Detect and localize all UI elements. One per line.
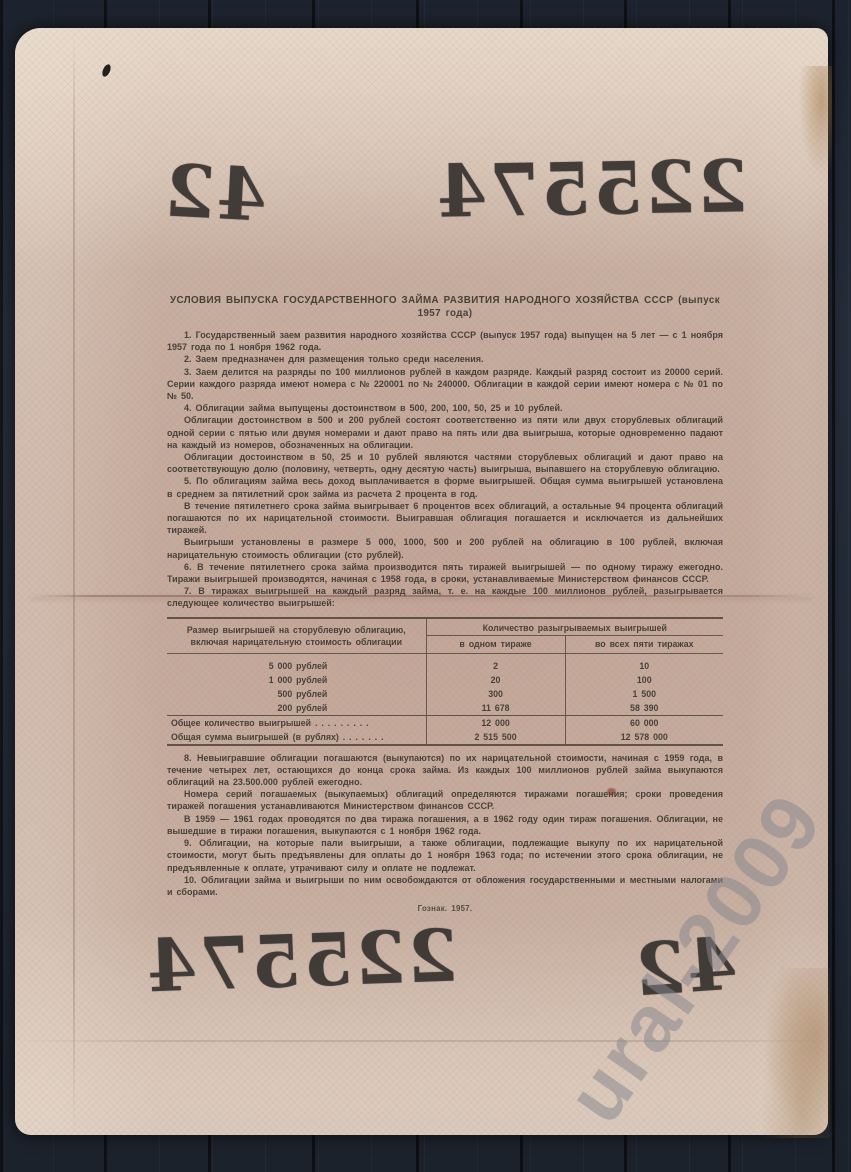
table-row-size: 500 рублей	[167, 687, 426, 701]
stain-top-right	[798, 66, 832, 178]
paragraph-5b: Выигрыши установлены в размере 5 000, 10…	[167, 536, 723, 560]
table-total-label: Общее количество выигрышей . . . . . . .…	[167, 715, 426, 730]
paragraph-6: 6. В течение пятилетнего срока займа про…	[167, 561, 723, 585]
table-row-one: 11 678	[426, 701, 565, 715]
serial-number-top-left: 42	[161, 147, 270, 237]
paragraph-7: 7. В тиражах выигрышей на каждый разряд …	[167, 585, 723, 609]
paragraph-5: 5. По облигациям займа весь доход выплач…	[167, 475, 723, 499]
serial-number-top-right: 225574	[434, 143, 748, 233]
table-header-left-line2: включая нарицательную стоимость облигаци…	[171, 636, 422, 648]
table-header-left-line1: Размер выигрышей на сторублевую облигаци…	[171, 624, 422, 636]
table-total-five: 12 578 000	[565, 730, 723, 744]
red-speck	[607, 788, 616, 795]
table-subheader-five-draws: во всех пяти тиражах	[565, 636, 723, 653]
paragraph-4a: Облигации достоинством в 500 и 200 рубле…	[167, 414, 723, 451]
serial-number-bottom-right: 42	[630, 920, 740, 1012]
table-row-five: 58 390	[565, 701, 723, 715]
table-header-left: Размер выигрышей на сторублевую облигаци…	[167, 619, 426, 653]
table-row-five: 1 500	[565, 687, 723, 701]
horizontal-fold-crease	[31, 595, 811, 597]
table-total-one: 12 000	[426, 715, 565, 730]
table-total-five: 60 000	[565, 715, 723, 730]
table-subheader-one-draw: в одном тираже	[426, 636, 565, 653]
document-title: УСЛОВИЯ ВЫПУСКА ГОСУДАРСТВЕННОГО ЗАЙМА Р…	[167, 294, 723, 320]
paragraph-8a: Номера серий погашаемых (выкупаемых) обл…	[167, 788, 723, 812]
vertical-fold-crease	[73, 28, 75, 1135]
paragraph-1: 1. Государственный заем развития народно…	[167, 329, 723, 353]
paragraph-4b: Облигации достоинством в 50, 25 и 10 руб…	[167, 451, 723, 475]
paragraph-10: 10. Облигации займа и выигрыши по ним ос…	[167, 874, 723, 898]
table-total-label: Общая сумма выигрышей (в рублях) . . . .…	[167, 730, 426, 744]
table-row-one: 2	[426, 659, 565, 673]
bottom-fold-line	[15, 1040, 828, 1042]
dark-speck	[101, 63, 113, 78]
conditions-text-block: УСЛОВИЯ ВЫПУСКА ГОСУДАРСТВЕННОГО ЗАЙМА Р…	[167, 294, 723, 915]
paragraph-5a: В течение пятилетнего срока займа выигры…	[167, 500, 723, 537]
paragraph-4: 4. Облигации займа выпущены достоинством…	[167, 402, 723, 414]
bond-paper: 42 225574 225574 42 УСЛОВИЯ ВЫПУСКА ГОСУ…	[15, 28, 828, 1135]
photo-background: 42 225574 225574 42 УСЛОВИЯ ВЫПУСКА ГОСУ…	[0, 0, 851, 1172]
paragraph-2: 2. Заем предназначен для размещения толь…	[167, 353, 723, 365]
stain-bottom-right	[760, 968, 830, 1138]
table-row-one: 20	[426, 673, 565, 687]
table-row-five: 100	[565, 673, 723, 687]
table-header-right: Количество разыгрываемых выигрышей	[426, 619, 723, 636]
paragraph-8: 8. Невыигравшие облигации погашаются (вы…	[167, 752, 723, 789]
table-row-five: 10	[565, 659, 723, 673]
table-total-one: 2 515 500	[426, 730, 565, 744]
table-row-size: 200 рублей	[167, 701, 426, 715]
prize-table: Размер выигрышей на сторублевую облигаци…	[167, 617, 723, 746]
paragraph-8b: В 1959 — 1961 годах проводятся по два ти…	[167, 813, 723, 837]
paragraph-3: 3. Заем делится на разряды по 100 миллио…	[167, 366, 723, 403]
table-row-size: 1 000 рублей	[167, 673, 426, 687]
table-row-size: 5 000 рублей	[167, 659, 426, 673]
imprint-gosznak: Гознак. 1957.	[167, 903, 723, 915]
serial-number-bottom-left: 225574	[144, 913, 459, 1009]
paragraph-9: 9. Облигации, на которые пали выигрыши, …	[167, 837, 723, 874]
table-row-one: 300	[426, 687, 565, 701]
